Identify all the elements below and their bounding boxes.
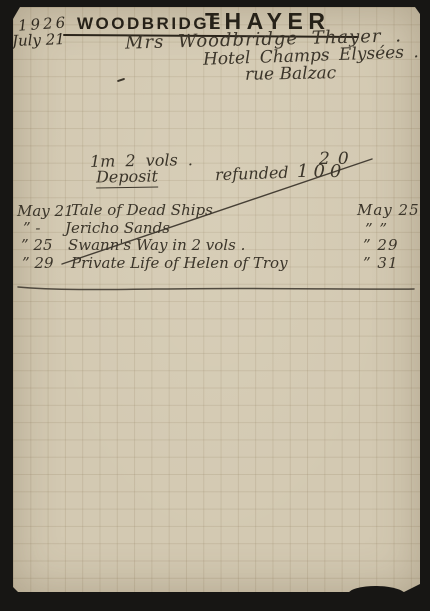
entry-title: Swann's Way in 2 vols .	[68, 236, 245, 254]
library-card: 1926 July 21 WOODBRIDGE THAYER Mrs Woodb…	[13, 7, 420, 592]
card-edge-damage	[348, 585, 406, 595]
entry-borrow-date: ” 25	[21, 236, 53, 254]
margin-join-date: July 21	[12, 30, 65, 50]
entry-title: Jericho Sands	[65, 219, 170, 237]
deposit-label: Deposit	[96, 166, 158, 188]
ink-strokes-overlay	[13, 7, 420, 592]
entry-return-date: May 25	[357, 201, 420, 219]
scan-backdrop: 1926 July 21 WOODBRIDGE THAYER Mrs Woodb…	[0, 0, 430, 611]
address-line-2: rue Balzac	[245, 63, 337, 85]
entry-title: Private Life of Helen of Troy	[71, 254, 288, 272]
deposit-refunded-note: refunded	[215, 163, 289, 185]
entry-return-date: ” 31	[363, 254, 399, 272]
entry-borrow-date: May 21	[17, 202, 74, 220]
entry-title: Tale of Dead Ships	[71, 201, 213, 219]
deposit-amount: 100	[297, 161, 346, 182]
entry-borrow-date: ” 29	[22, 254, 54, 272]
entry-borrow-date: ” -	[23, 219, 41, 237]
closing-line	[18, 287, 414, 290]
stray-ink-mark	[117, 78, 125, 82]
entry-return-date: ” 29	[363, 236, 399, 254]
